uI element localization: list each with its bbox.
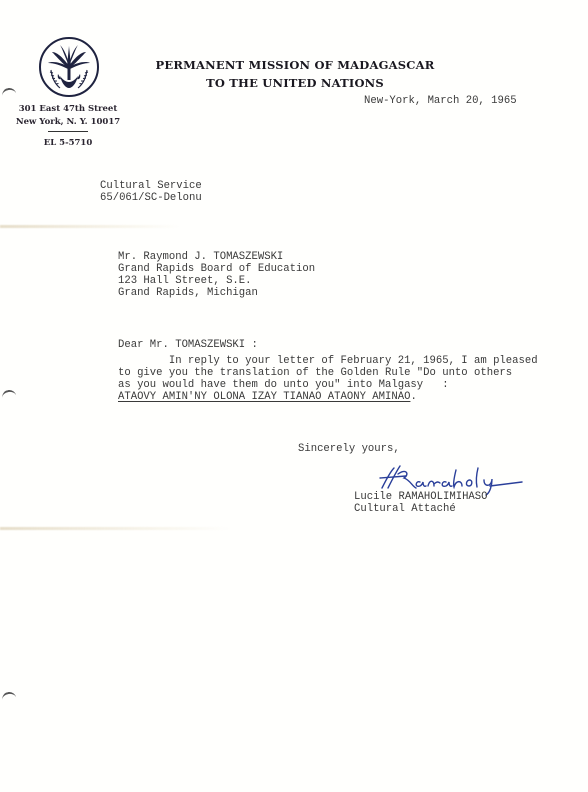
reference-department: Cultural Service (100, 181, 202, 193)
letter-date: New-York, March 20, 1965 (364, 96, 517, 108)
closing: Sincerely yours, (298, 444, 400, 456)
recipient-city: Grand Rapids, Michigan (118, 288, 258, 300)
recipient-organization: Grand Rapids Board of Education (118, 264, 315, 276)
salutation: Dear Mr. TOMASZEWSKI : (118, 340, 258, 352)
binder-hole-mark (1, 691, 16, 703)
mission-city-address: New York, N. Y. 10017 (8, 116, 128, 128)
letter-page: 301 East 47th Street New York, N. Y. 100… (0, 0, 588, 792)
translation-period: . (410, 391, 416, 403)
binder-hole-mark (1, 87, 16, 99)
golden-rule-translation: ATAOVY AMIN'NY OLONA IZAY TIANAO ATAONY … (118, 391, 410, 403)
letterhead-title-line2: TO THE UNITED NATIONS (150, 74, 440, 92)
address-divider (48, 131, 88, 132)
body-line: to give you the translation of the Golde… (118, 368, 512, 380)
madagascar-seal-icon (38, 36, 100, 98)
recipient-street: 123 Hall Street, S.E. (118, 276, 252, 288)
mission-street-address: 301 East 47th Street (8, 103, 128, 115)
recipient-name: Mr. Raymond J. TOMASZEWSKI (118, 252, 283, 264)
mission-phone: EL 5-5710 (8, 137, 128, 149)
signer-name: Lucile RAMAHOLIMIHASO (354, 492, 488, 504)
letterhead-title-line1: PERMANENT MISSION OF MADAGASCAR (150, 56, 440, 74)
binder-hole-mark (1, 389, 16, 401)
paper-fold-mark (0, 527, 230, 530)
body-line: as you would have them do unto you" into… (118, 380, 449, 392)
body-line: In reply to your letter of February 21, … (118, 356, 538, 368)
signer-title: Cultural Attaché (354, 504, 456, 516)
paper-fold-mark (0, 225, 180, 228)
reference-number: 65/061/SC-Delonu (100, 193, 202, 205)
translation-line: ATAOVY AMIN'NY OLONA IZAY TIANAO ATAONY … (118, 392, 417, 404)
